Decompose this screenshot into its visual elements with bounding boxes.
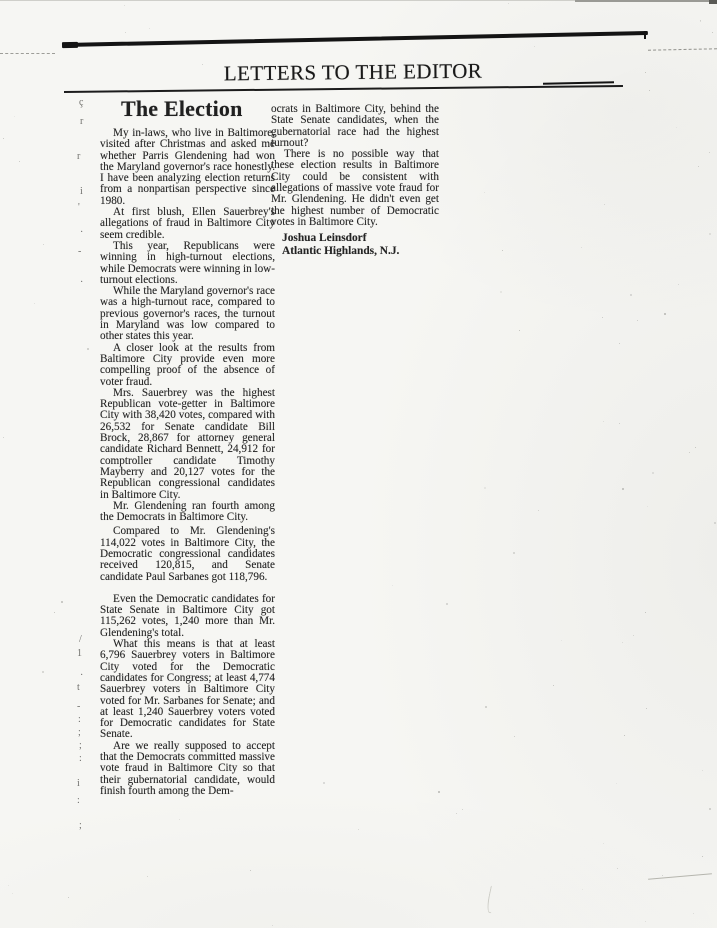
speckle xyxy=(689,452,690,453)
paragraph: Mrs. Sauerbrey was the highest Republica… xyxy=(100,388,275,501)
margin-mark: i xyxy=(80,187,83,197)
scan-dash-left xyxy=(0,53,55,54)
margin-mark: ; xyxy=(78,728,81,738)
margin-mark: : xyxy=(79,754,82,764)
speckle xyxy=(709,152,710,153)
speckle xyxy=(553,685,554,686)
speckle xyxy=(250,870,251,871)
speckle xyxy=(68,897,69,898)
speckle xyxy=(538,510,539,511)
speckle xyxy=(446,603,448,605)
speckle xyxy=(624,735,625,736)
speckle xyxy=(149,28,150,29)
speckle xyxy=(581,247,582,248)
paragraph: Mr. Glendening ran fourth among the Demo… xyxy=(100,501,275,524)
speckle xyxy=(136,640,138,642)
margin-mark: : xyxy=(77,796,80,806)
margin-mark: ; xyxy=(79,741,82,751)
speckle xyxy=(484,192,485,193)
speckle xyxy=(645,612,646,613)
speckle xyxy=(485,706,487,708)
masthead-top-rule xyxy=(64,31,648,47)
paragraph: Even the Democratic candidates for State… xyxy=(100,594,275,639)
speckle xyxy=(662,875,663,876)
margin-mark: i xyxy=(77,779,80,789)
speckle xyxy=(622,488,624,490)
speckle xyxy=(603,843,604,844)
speckle xyxy=(202,64,203,65)
speckle xyxy=(8,885,9,886)
speckle xyxy=(216,726,217,727)
speckle xyxy=(702,770,703,771)
margin-mark: t xyxy=(77,683,80,693)
scan-corner-mark xyxy=(709,0,717,4)
paragraph: There is no possible way that these elec… xyxy=(271,149,439,228)
masthead-top-rule-left-blob xyxy=(62,42,78,48)
scanned-newspaper-page: LETTERS TO THE EDITOR The Election My in… xyxy=(0,0,717,928)
speckle xyxy=(712,32,713,33)
speckle xyxy=(456,813,457,814)
speckle xyxy=(622,642,623,643)
speckle xyxy=(513,552,515,554)
speckle xyxy=(392,585,393,586)
signature-location: Atlantic Highlands, N.J. xyxy=(282,245,439,258)
paragraph: This year, Republicans were winning in h… xyxy=(100,241,275,286)
paragraph: Are we really supposed to accept that th… xyxy=(100,741,275,797)
speckle xyxy=(561,640,562,641)
speckle xyxy=(3,437,4,438)
margin-mark: ç xyxy=(79,98,83,108)
margin-mark: : xyxy=(78,715,81,725)
speckle xyxy=(462,809,463,810)
margin-mark: r xyxy=(80,117,83,127)
margin-mark: - xyxy=(78,247,81,257)
speckle xyxy=(34,303,35,304)
paragraph: My in-laws, who live in Baltimore, visit… xyxy=(100,128,275,207)
speckle xyxy=(645,921,646,922)
column-2: ocrats in Baltimore City, behind the Sta… xyxy=(271,104,439,258)
speckle xyxy=(61,601,63,603)
speckle xyxy=(502,250,503,251)
speckle xyxy=(630,294,632,296)
speckle xyxy=(500,291,502,293)
pencil-mark-curve xyxy=(485,886,496,914)
speckle xyxy=(124,5,125,6)
scan-top-edge-shadow xyxy=(575,0,717,2)
speckle xyxy=(702,856,703,857)
speckle xyxy=(709,233,711,235)
speckle xyxy=(645,72,646,73)
speckle xyxy=(603,421,604,422)
signature-block: Joshua Leinsdorf Atlantic Highlands, N.J… xyxy=(271,232,439,258)
margin-mark: - xyxy=(77,702,80,712)
speckle xyxy=(19,161,20,162)
speckle xyxy=(323,782,325,784)
speckle xyxy=(272,925,273,926)
speckle xyxy=(179,819,180,820)
speckle xyxy=(602,317,603,318)
speckle xyxy=(698,166,699,167)
pencil-mark-line xyxy=(648,873,712,880)
column-2-paragraphs: ocrats in Baltimore City, behind the Sta… xyxy=(271,104,439,228)
speckle xyxy=(143,321,145,323)
speckle xyxy=(43,244,44,245)
speckle xyxy=(87,348,89,350)
margin-mark: / xyxy=(79,635,82,645)
speckle xyxy=(12,893,13,894)
speckle xyxy=(700,20,701,21)
margin-mark: · xyxy=(80,278,83,288)
scan-dash-right xyxy=(648,48,717,50)
speckle xyxy=(678,284,679,285)
paragraph: A closer look at the results from Baltim… xyxy=(100,343,275,388)
column-1-paragraphs: My in-laws, who live in Baltimore, visit… xyxy=(100,128,275,797)
margin-mark: 1 xyxy=(77,649,82,659)
speckle xyxy=(514,736,515,737)
speckle xyxy=(534,46,535,47)
speckle xyxy=(695,447,696,448)
speckle xyxy=(484,487,486,489)
page-title: LETTERS TO THE EDITOR xyxy=(217,59,489,87)
speckle xyxy=(14,116,15,117)
paragraph: Compared to Mr. Glendening's 114,022 vot… xyxy=(100,526,275,582)
margin-mark: r xyxy=(77,152,80,162)
speckle xyxy=(633,635,634,636)
speckle xyxy=(42,671,44,673)
margin-mark: ; xyxy=(79,821,82,831)
speckle xyxy=(714,522,716,524)
speckle xyxy=(649,90,650,91)
speckle xyxy=(147,876,148,877)
column-1: The Election My in-laws, who live in Bal… xyxy=(100,96,275,797)
masthead-top-rule-right-tick xyxy=(644,31,646,39)
speckle xyxy=(709,808,711,810)
margin-mark: · xyxy=(80,228,83,238)
article-title: The Election xyxy=(100,96,275,122)
margin-mark: ' xyxy=(78,203,80,213)
speckle xyxy=(619,343,620,344)
speckle xyxy=(652,472,654,474)
speckle xyxy=(646,708,647,709)
speckle xyxy=(125,32,126,33)
speckle xyxy=(358,829,359,830)
margin-mark: · xyxy=(80,671,83,681)
speckle xyxy=(647,506,648,507)
speckle xyxy=(676,127,677,128)
speckle xyxy=(3,138,4,139)
speckle xyxy=(54,612,55,613)
speckle xyxy=(616,783,617,784)
masthead-bottom-rule xyxy=(64,85,623,93)
speckle xyxy=(438,791,440,793)
speckle xyxy=(519,330,520,331)
speckle xyxy=(693,913,694,914)
speckle xyxy=(664,313,666,315)
speckle xyxy=(637,320,638,321)
paragraph: At first blush, Ellen Sauerbrey's allega… xyxy=(100,207,275,241)
paragraph: What this means is that at least 6,796 S… xyxy=(100,639,275,741)
paragraph: ocrats in Baltimore City, behind the Sta… xyxy=(271,104,439,149)
speckle xyxy=(617,868,618,869)
speckle xyxy=(604,204,605,205)
speckle xyxy=(582,889,583,890)
signature-name: Joshua Leinsdorf xyxy=(282,232,439,245)
speckle xyxy=(508,3,509,4)
speckle xyxy=(619,423,620,424)
paragraph: While the Maryland governor's race was a… xyxy=(100,286,275,342)
